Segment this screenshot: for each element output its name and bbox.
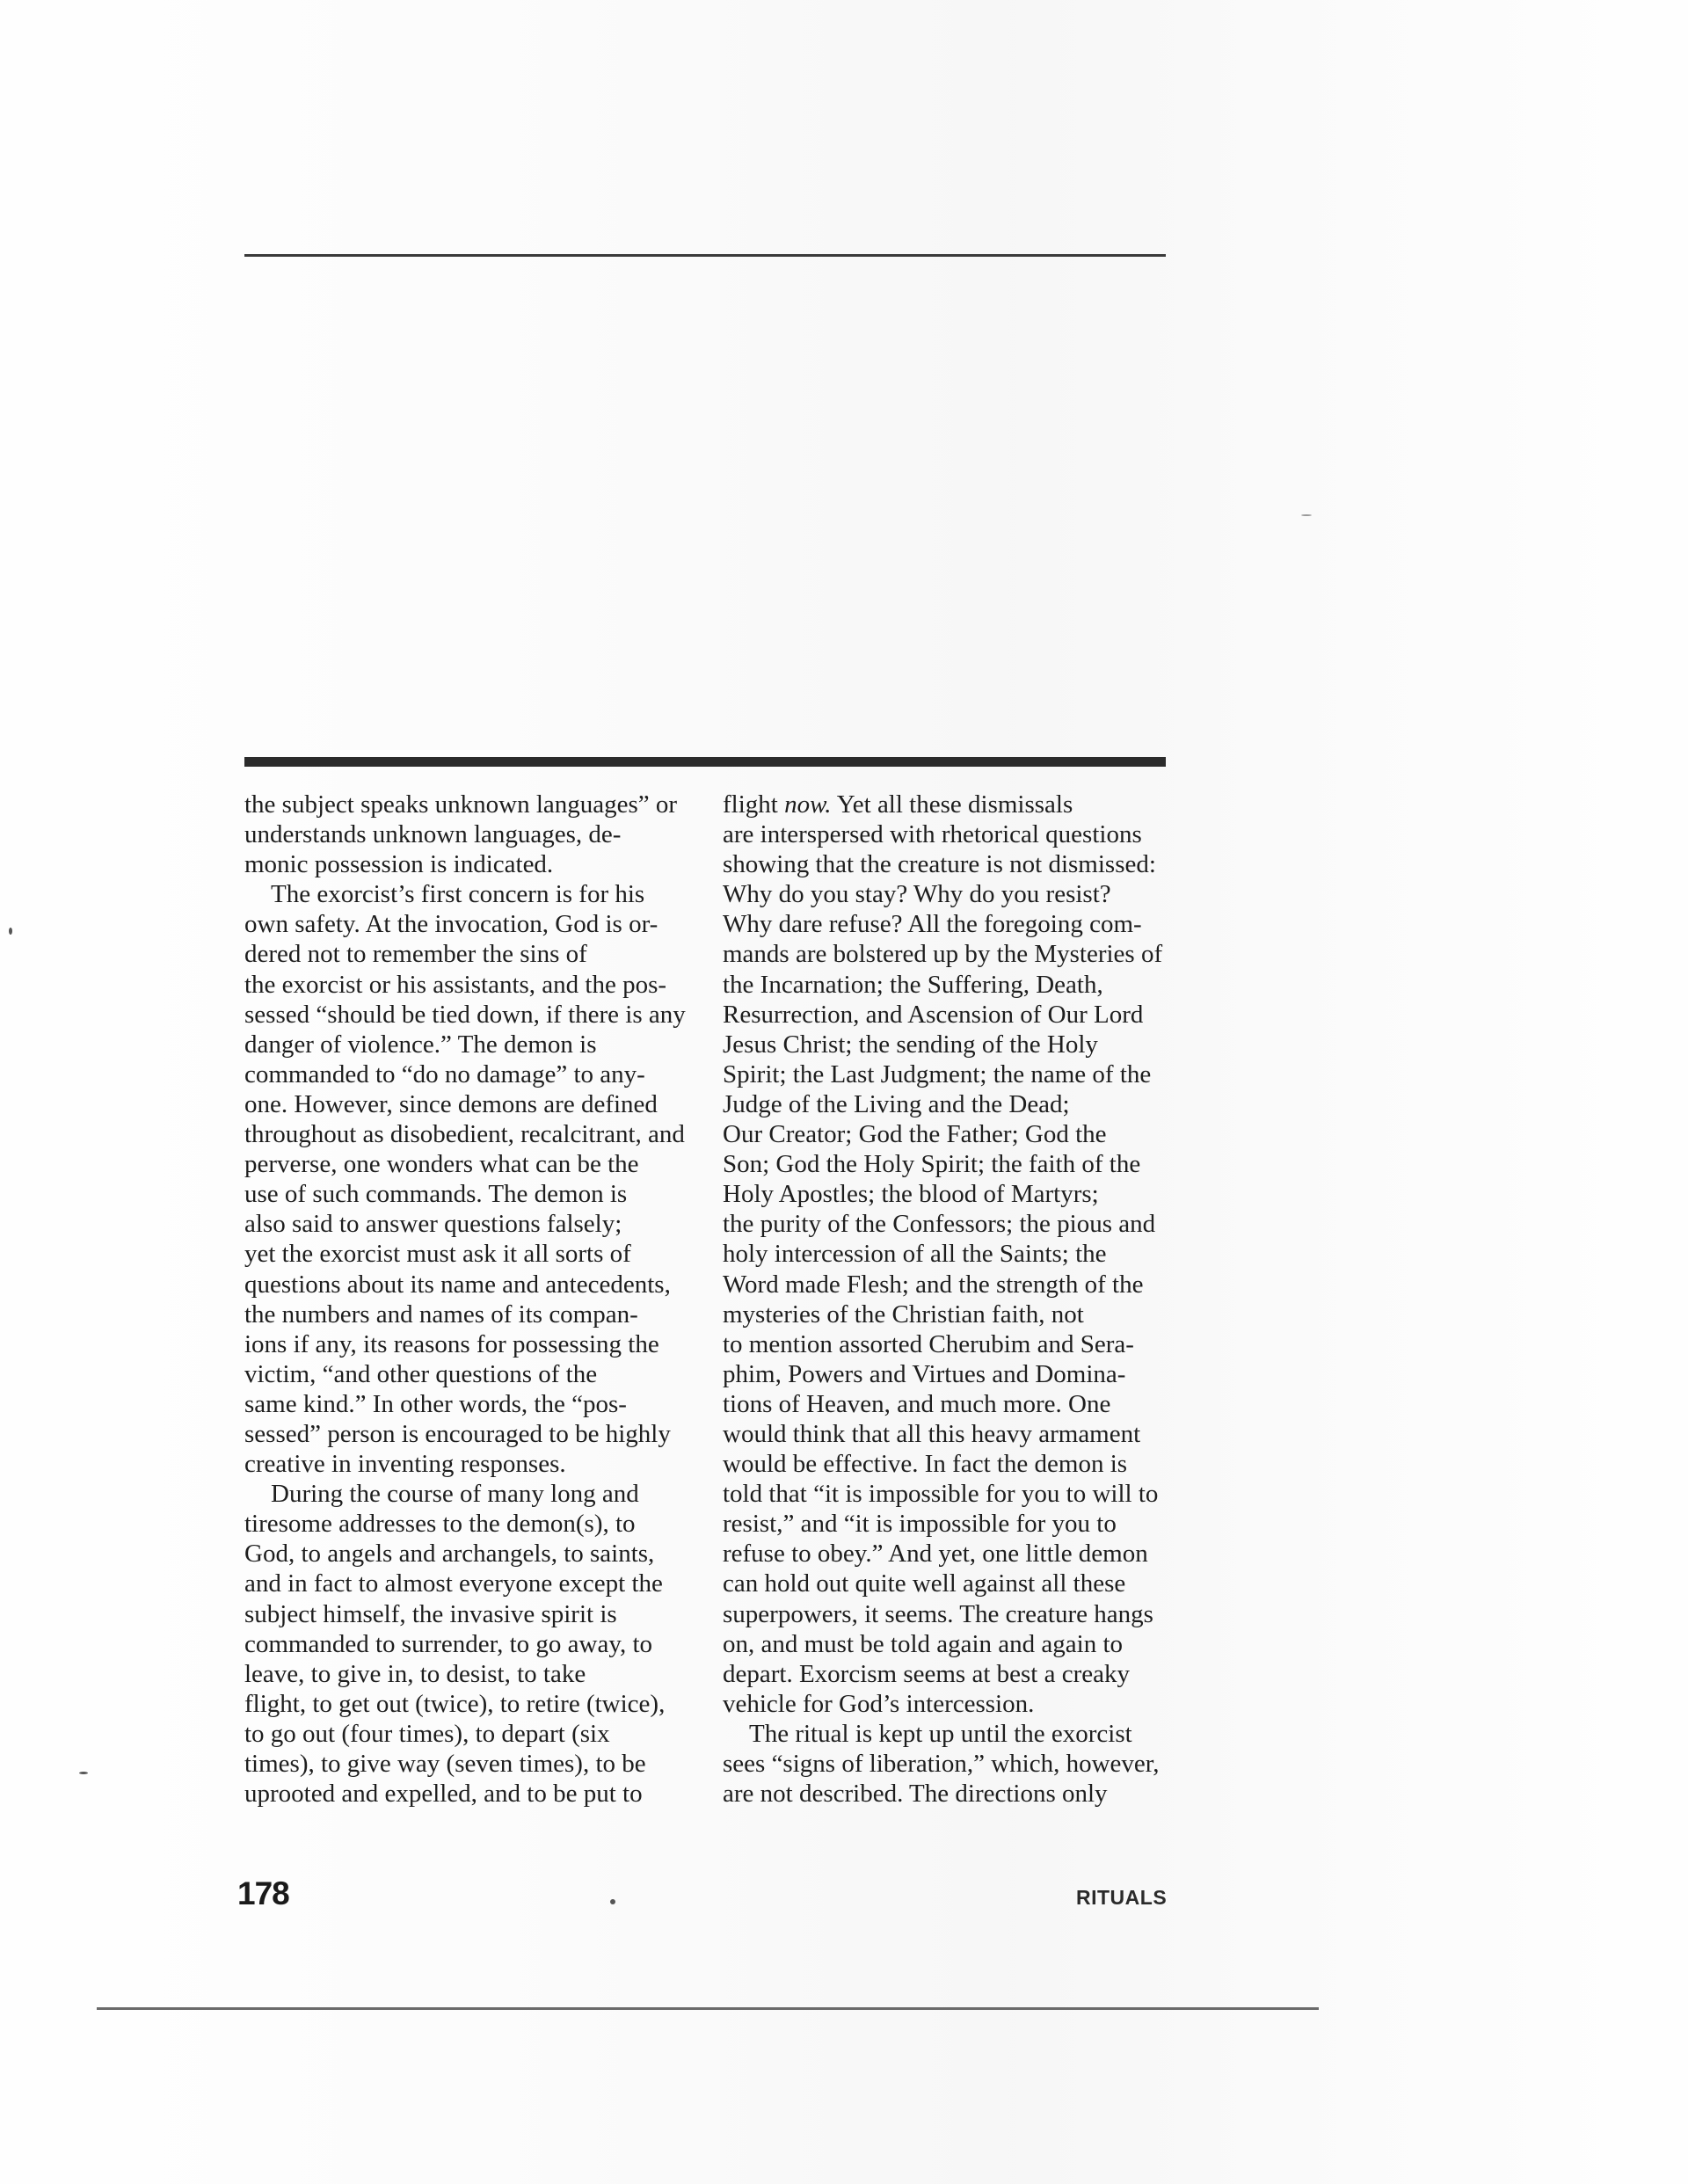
- text-line: commanded to surrender, to go away, to: [244, 1629, 684, 1659]
- text-line: understands unknown languages, de-: [244, 819, 684, 849]
- text-line: depart. Exorcism seems at best a creaky: [723, 1659, 1171, 1689]
- scan-speck: [1301, 514, 1312, 516]
- text-line: Holy Apostles; the blood of Martyrs;: [723, 1179, 1171, 1209]
- left-text-column: the subject speaks unknown languages” or…: [244, 790, 684, 1809]
- text-line: monic possession is indicated.: [244, 849, 684, 879]
- text-line: can hold out quite well against all thes…: [723, 1569, 1171, 1598]
- text-line: are not described. The directions only: [723, 1779, 1171, 1809]
- text-line: on, and must be told again and again to: [723, 1629, 1171, 1659]
- text-line: sessed “should be tied down, if there is…: [244, 1000, 684, 1030]
- text-line: danger of violence.” The demon is: [244, 1030, 684, 1059]
- text-run: flight: [723, 790, 784, 819]
- text-line: mysteries of the Christian faith, not: [723, 1299, 1171, 1329]
- text-line: and in fact to almost everyone except th…: [244, 1569, 684, 1598]
- scan-speck: [79, 1772, 88, 1774]
- text-line: would think that all this heavy armament: [723, 1419, 1171, 1449]
- text-line: one. However, since demons are defined: [244, 1089, 684, 1119]
- text-line: are interspersed with rhetorical questio…: [723, 819, 1171, 849]
- text-line: holy intercession of all the Saints; the: [723, 1239, 1171, 1269]
- text-line: victim, “and other questions of the: [244, 1359, 684, 1389]
- text-line: to mention assorted Cherubim and Sera-: [723, 1329, 1171, 1359]
- text-line: refuse to obey.” And yet, one little dem…: [723, 1539, 1171, 1569]
- text-line: also said to answer questions falsely;: [244, 1209, 684, 1239]
- text-line: would be effective. In fact the demon is: [723, 1449, 1171, 1479]
- text-line: leave, to give in, to desist, to take: [244, 1659, 684, 1689]
- text-line: the Incarnation; the Suffering, Death,: [723, 970, 1171, 1000]
- text-line: tions of Heaven, and much more. One: [723, 1389, 1171, 1419]
- text-line: questions about its name and antecedents…: [244, 1270, 684, 1299]
- text-line: Son; God the Holy Spirit; the faith of t…: [723, 1149, 1171, 1179]
- text-line: The ritual is kept up until the exorcist: [723, 1719, 1171, 1749]
- text-line: ions if any, its reasons for possessing …: [244, 1329, 684, 1359]
- section-rule: [244, 757, 1166, 767]
- text-line: mands are bolstered up by the Mysteries …: [723, 939, 1171, 969]
- text-line: Why dare refuse? All the foregoing com-: [723, 909, 1171, 939]
- top-rule: [244, 254, 1166, 257]
- text-line: phim, Powers and Virtues and Domina-: [723, 1359, 1171, 1389]
- text-line: Judge of the Living and the Dead;: [723, 1089, 1171, 1119]
- text-line: superpowers, it seems. The creature hang…: [723, 1599, 1171, 1629]
- emphasis-text: now.: [784, 790, 831, 819]
- text-line: Our Creator; God the Father; God the: [723, 1119, 1171, 1149]
- text-line: tiresome addresses to the demon(s), to: [244, 1509, 684, 1539]
- text-line: flight now. Yet all these dismissals: [723, 790, 1171, 819]
- text-line: showing that the creature is not dismiss…: [723, 849, 1171, 879]
- text-line: Why do you stay? Why do you resist?: [723, 879, 1171, 909]
- text-line: uprooted and expelled, and to be put to: [244, 1779, 684, 1809]
- text-line: perverse, one wonders what can be the: [244, 1149, 684, 1179]
- text-line: God, to angels and archangels, to saints…: [244, 1539, 684, 1569]
- text-run: Yet all these dismissals: [832, 790, 1073, 819]
- text-line: the purity of the Confessors; the pious …: [723, 1209, 1171, 1239]
- text-line: same kind.” In other words, the “pos-: [244, 1389, 684, 1419]
- text-line: flight, to get out (twice), to retire (t…: [244, 1689, 684, 1719]
- text-line: vehicle for God’s intercession.: [723, 1689, 1171, 1719]
- text-line: to go out (four times), to depart (six: [244, 1719, 684, 1749]
- text-line: Jesus Christ; the sending of the Holy: [723, 1030, 1171, 1059]
- right-text-column: flight now. Yet all these dismissals are…: [723, 790, 1171, 1809]
- page-number: 178: [237, 1875, 289, 1912]
- text-line: During the course of many long and: [244, 1479, 684, 1509]
- text-line: the subject speaks unknown languages” or: [244, 790, 684, 819]
- text-line: told that “it is impossible for you to w…: [723, 1479, 1171, 1509]
- text-line: creative in inventing responses.: [244, 1449, 684, 1479]
- text-line: times), to give way (seven times), to be: [244, 1749, 684, 1779]
- text-line: Resurrection, and Ascension of Our Lord: [723, 1000, 1171, 1030]
- text-line: sessed” person is encouraged to be highl…: [244, 1419, 684, 1449]
- bottom-rule: [97, 2007, 1319, 2010]
- text-line: The exorcist’s first concern is for his: [244, 879, 684, 909]
- text-line: the numbers and names of its compan-: [244, 1299, 684, 1329]
- text-line: commanded to “do no damage” to any-: [244, 1059, 684, 1089]
- text-line: subject himself, the invasive spirit is: [244, 1599, 684, 1629]
- text-line: Spirit; the Last Judgment; the name of t…: [723, 1059, 1171, 1089]
- running-footer: RITUALS: [1076, 1886, 1167, 1910]
- text-line: the exorcist or his assistants, and the …: [244, 970, 684, 1000]
- text-line: Word made Flesh; and the strength of the: [723, 1270, 1171, 1299]
- text-line: yet the exorcist must ask it all sorts o…: [244, 1239, 684, 1269]
- text-line: throughout as disobedient, recalcitrant,…: [244, 1119, 684, 1149]
- scan-speck: [9, 928, 12, 935]
- scan-speck: [610, 1899, 615, 1904]
- text-line: sees “signs of liberation,” which, howev…: [723, 1749, 1171, 1779]
- text-line: dered not to remember the sins of: [244, 939, 684, 969]
- text-line: resist,” and “it is impossible for you t…: [723, 1509, 1171, 1539]
- text-line: own safety. At the invocation, God is or…: [244, 909, 684, 939]
- text-line: use of such commands. The demon is: [244, 1179, 684, 1209]
